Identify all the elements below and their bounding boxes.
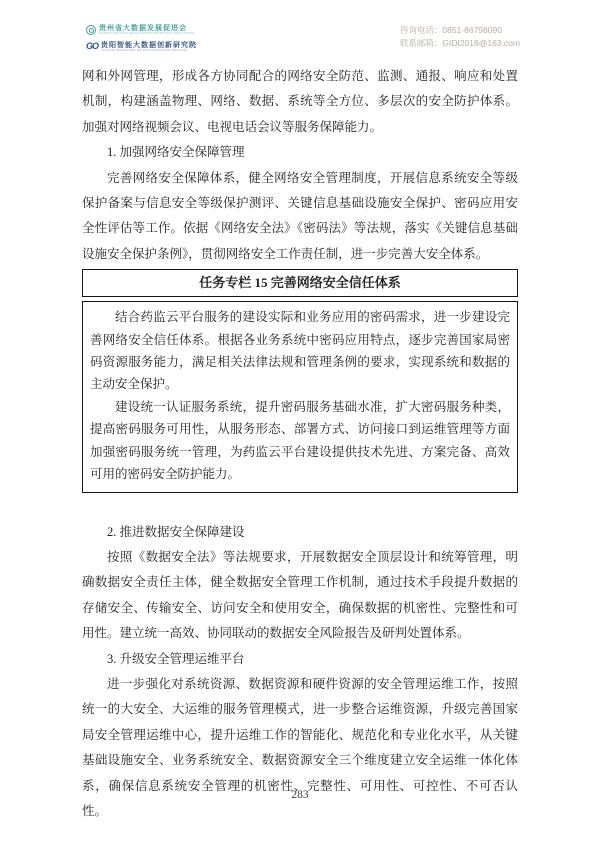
association-logo-subtitle: GUIZHOU BIG DATA DEVELOPMENT PROMOTION A… <box>99 32 194 35</box>
section-heading-1: 1. 加强网络安全保障管理 <box>82 140 518 165</box>
paragraph-continued: 网和外网管理，形成各方协同配合的网络安全防范、监测、通报、响应和处置机制，构建涵… <box>82 64 518 140</box>
contact-email-value: GIDI2018@163.com <box>442 38 520 48</box>
task-box-title: 任务专栏 15 完善网络安全信任体系 <box>82 269 518 297</box>
page-header: 贵州省大数据发展促进会 GUIZHOU BIG DATA DEVELOPMENT… <box>86 24 520 54</box>
section-heading-3: 3. 升级安全管理运维平台 <box>82 647 518 672</box>
association-ring-icon <box>86 25 96 35</box>
page-number: 283 <box>0 789 600 801</box>
contact-email: 联系邮箱：GIDI2018@163.com <box>400 37 520 50</box>
contact-phone-label: 咨询电话： <box>400 25 443 35</box>
document-body: 网和外网管理，形成各方协同配合的网络安全防范、监测、通报、响应和处置机制，构建涵… <box>82 64 518 824</box>
institute-logo: GO 贵阳智能大数据创新研究院 GUIYANG INTELLIGENT BIG … <box>86 41 252 54</box>
paragraph-3: 进一步强化对系统资源、数据资源和硬件资源的安全管理运维工作，按照统一的大安全、大… <box>82 672 518 824</box>
association-logo: 贵州省大数据发展促进会 GUIZHOU BIG DATA DEVELOPMENT… <box>86 24 252 37</box>
institute-go-icon: GO <box>86 41 98 51</box>
logo-block: 贵州省大数据发展促进会 GUIZHOU BIG DATA DEVELOPMENT… <box>86 24 252 54</box>
document-page: { "header": { "logos": [ { "name": "贵州省大… <box>0 0 600 848</box>
contact-info: 咨询电话：0851-86798090 联系邮箱：GIDI2018@163.com <box>400 24 520 50</box>
paragraph-2: 按照《数据安全法》等法规要求，开展数据安全顶层设计和统筹管理，明确数据安全责任主… <box>82 545 518 647</box>
paragraph-1: 完善网络安全保障体系，健全网络安全管理制度，开展信息系统安全等级保护备案与信息安… <box>82 166 518 268</box>
contact-email-label: 联系邮箱： <box>400 38 443 48</box>
institute-logo-subtitle: GUIYANG INTELLIGENT BIG DATA INNOVATION … <box>101 49 187 52</box>
task-box-paragraph-a: 结合药监云平台服务的建设实际和业务应用的密码需求，进一步建设完善网络安全信任体系… <box>90 306 510 396</box>
task-box-body: 结合药监云平台服务的建设实际和业务应用的密码需求，进一步建设完善网络安全信任体系… <box>82 301 518 492</box>
task-box-paragraph-b: 建设统一认证服务系统，提升密码服务基础水准，扩大密码服务种类，提高密码服务可用性… <box>90 396 510 486</box>
contact-phone-value: 0851-86798090 <box>442 25 502 35</box>
contact-phone: 咨询电话：0851-86798090 <box>400 24 520 37</box>
section-heading-2: 2. 推进数据安全保障建设 <box>82 520 518 545</box>
